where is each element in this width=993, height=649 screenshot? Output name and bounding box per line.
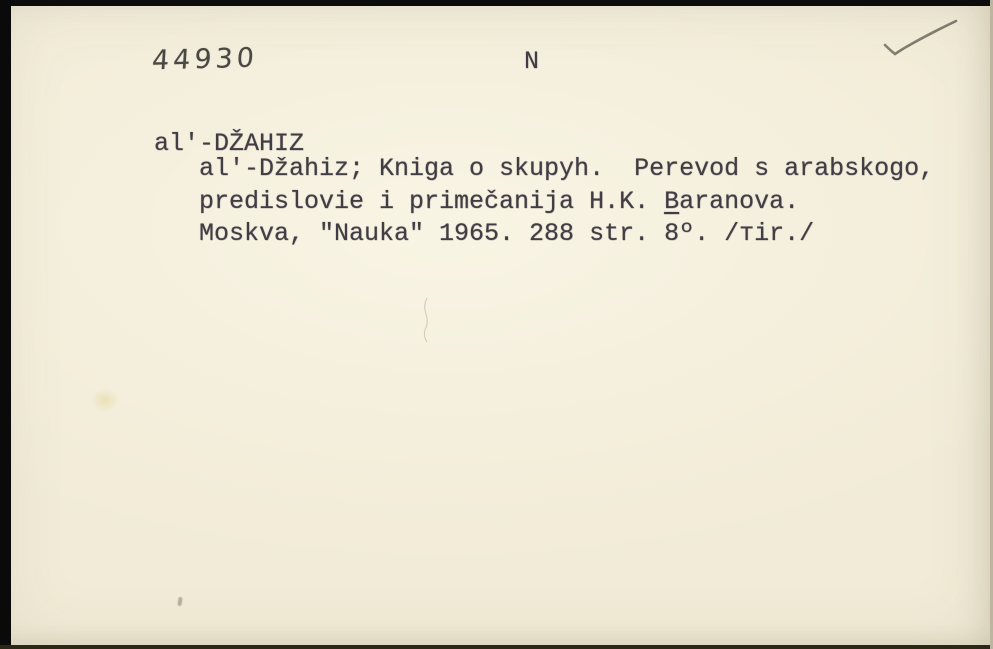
underlined-initial: B <box>664 187 679 216</box>
statement-text-pre: predislovie i primečanija H.K. <box>199 187 664 216</box>
pencil-checkmark-icon <box>868 12 966 68</box>
faint-squiggle-mark <box>414 296 438 344</box>
card-statement-line: predislovie i primečanija H.K. Baranova. <box>199 188 799 216</box>
card-imprint-line: Moskva, "Nauka" 1965. 288 str. 8º. /тir.… <box>199 220 814 248</box>
section-letter: N <box>524 48 539 76</box>
scan-edge-top <box>0 0 993 6</box>
paper-stain <box>86 384 124 416</box>
paper-speck <box>177 597 182 606</box>
card-title-line: al'-Džahiz; Kniga o skupyh. Perevod s ar… <box>199 155 934 183</box>
accession-number: 44930 <box>151 43 259 77</box>
scan-edge-left <box>0 0 11 649</box>
scan-edge-bottom <box>0 645 993 649</box>
catalog-card-scan: 44930 N al'-DŽAHIZ al'-Džahiz; Kniga o s… <box>0 0 993 649</box>
statement-text-post: aranova. <box>679 187 799 216</box>
